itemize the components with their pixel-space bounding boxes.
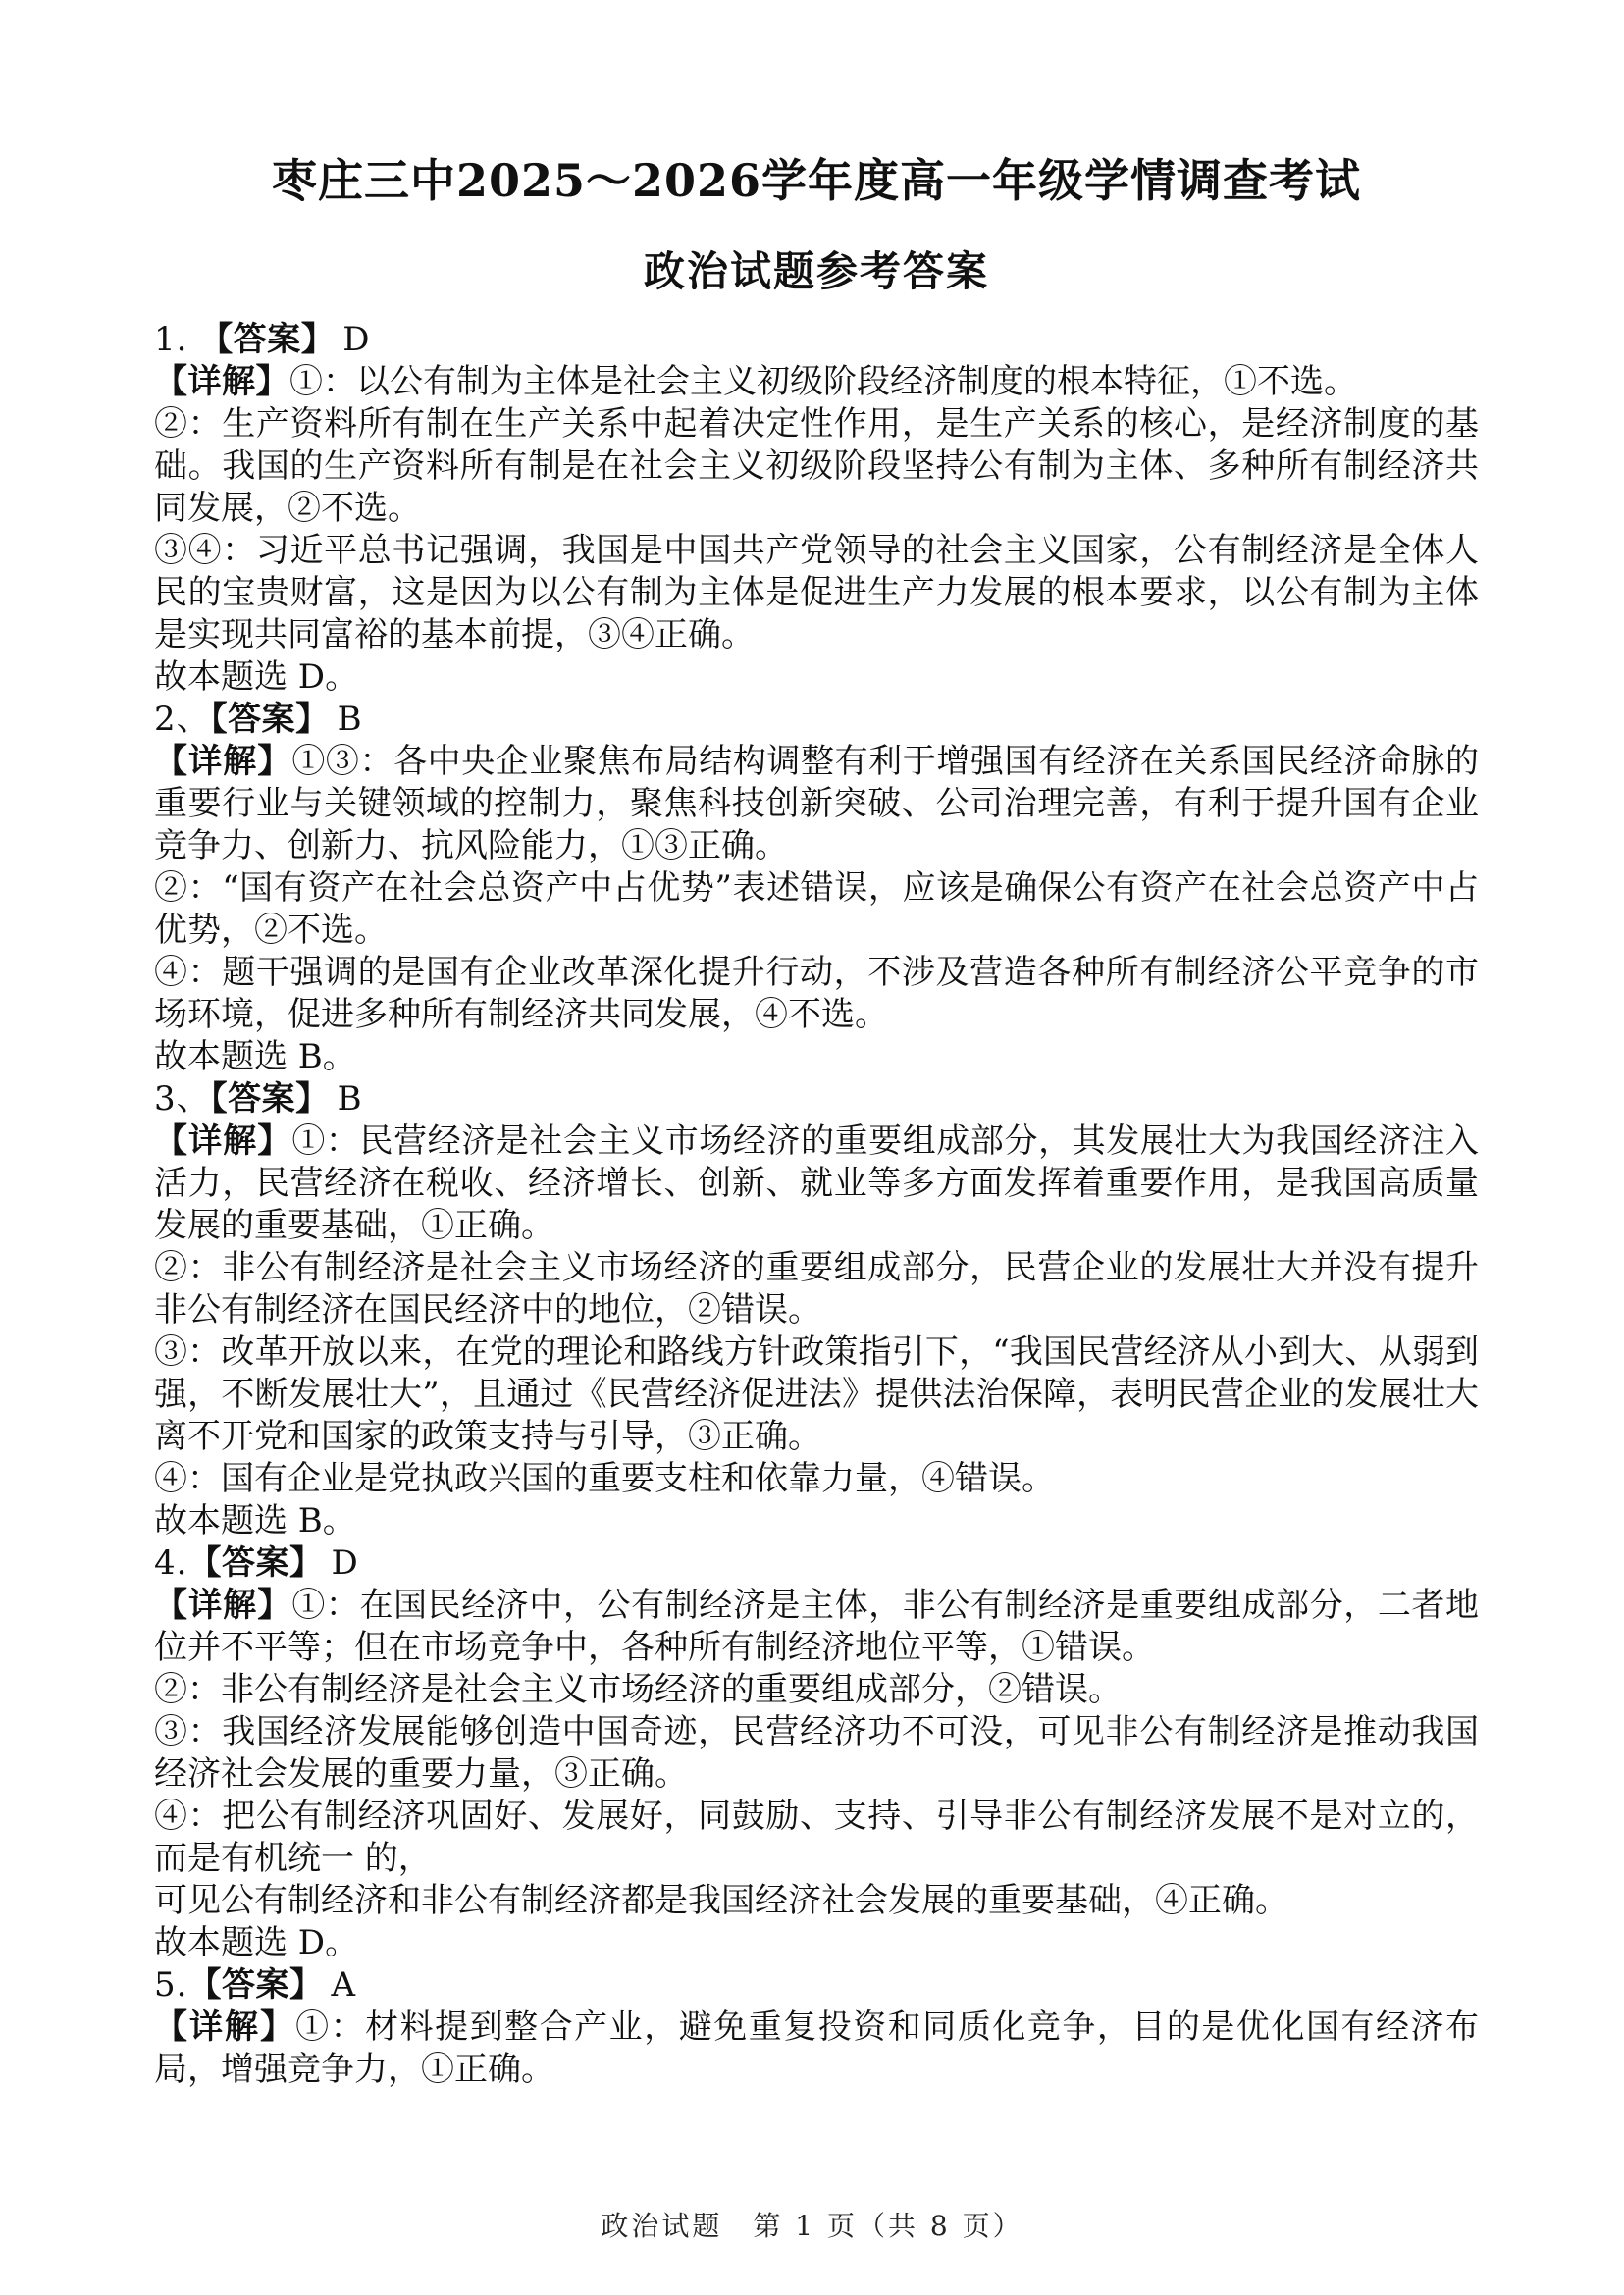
answer-letter: B <box>338 700 362 739</box>
detail-paragraph: 【详解】①：在国民经济中，公有制经济是主体，非公有制经济是重要组成部分，二者地位… <box>154 1585 1479 1669</box>
answer-item-5: 5.【答案】A 【详解】①：材料提到整合产业，避免重复投资和同质化竞争，目的是优… <box>154 1964 1479 2091</box>
answer-letter: D <box>342 320 369 359</box>
answer-line: 3、【答案】B <box>154 1078 1479 1121</box>
answer-letter: B <box>338 1079 362 1119</box>
detail-paragraph: 【详解】①③：各中央企业聚焦布局结构调整有利于增强国有经济在关系国民经济命脉的重… <box>154 741 1479 867</box>
detail-paragraph: ②：非公有制经济是社会主义市场经济的重要组成部分，②错误。 <box>154 1669 1479 1711</box>
question-number: 3、 <box>154 1079 211 1119</box>
detail-paragraph: ③④：习近平总书记强调，我国是中国共产党领导的社会主义国家，公有制经济是全体人民… <box>154 530 1479 656</box>
answer-line: 5.【答案】A <box>154 1964 1479 2007</box>
detail-paragraph: 可见公有制经济和非公有制经济都是我国经济社会发展的重要基础，④正确。 <box>154 1880 1479 1922</box>
detail-paragraph: ②：“国有资产在社会总资产中占优势”表述错误，应该是确保公有资产在社会总资产中占… <box>154 867 1479 952</box>
detail-paragraph: 【详解】①：民营经济是社会主义市场经济的重要组成部分，其发展壮大为我国经济注入活… <box>154 1121 1479 1247</box>
detail-label: 【详解】 <box>154 742 291 781</box>
detail-paragraph: 【详解】①：以公有制为主体是社会主义初级阶段经济制度的根本特征，①不选。 <box>154 361 1479 403</box>
detail-paragraph: ④：国有企业是党执政兴国的重要支柱和依靠力量，④错误。 <box>154 1458 1479 1500</box>
question-number: 2、 <box>154 700 211 739</box>
answer-line: 1. 【答案】D <box>154 319 1479 361</box>
answers-content: 1. 【答案】D 【详解】①：以公有制为主体是社会主义初级阶段经济制度的根本特征… <box>154 319 1479 2091</box>
answer-item-4: 4.【答案】D 【详解】①：在国民经济中，公有制经济是主体，非公有制经济是重要组… <box>154 1542 1479 1964</box>
detail-label: 【详解】 <box>154 2008 295 2047</box>
detail-label: 【详解】 <box>154 362 289 401</box>
page-title: 枣庄三中2025～2026学年度高一年级学情调查考试 <box>154 155 1479 207</box>
detail-label: 【详解】 <box>154 1586 291 1625</box>
detail-text: ①③：各中央企业聚焦布局结构调整有利于增强国有经济在关系国民经济命脉的重要行业与… <box>154 742 1479 865</box>
conclusion-line: 故本题选 B。 <box>154 1036 1479 1078</box>
question-number: 1. <box>154 320 199 359</box>
detail-text: ①：民营经济是社会主义市场经济的重要组成部分，其发展壮大为我国经济注入活力，民营… <box>154 1121 1479 1245</box>
answer-line: 2、【答案】B <box>154 699 1479 741</box>
conclusion-line: 故本题选 D。 <box>154 1922 1479 1964</box>
detail-paragraph: ④：题干强调的是国有企业改革深化提升行动，不涉及营造各种所有制经济公平竞争的市场… <box>154 952 1479 1036</box>
detail-text: ①：以公有制为主体是社会主义初级阶段经济制度的根本特征，①不选。 <box>289 362 1357 401</box>
detail-paragraph: ②：生产资料所有制在生产关系中起着决定性作用，是生产关系的核心，是经济制度的基础… <box>154 403 1479 530</box>
answer-item-1: 1. 【答案】D 【详解】①：以公有制为主体是社会主义初级阶段经济制度的根本特征… <box>154 319 1479 699</box>
page-subtitle: 政治试题参考答案 <box>154 248 1479 295</box>
answer-line: 4.【答案】D <box>154 1542 1479 1585</box>
conclusion-line: 故本题选 D。 <box>154 656 1479 699</box>
detail-paragraph: ③：改革开放以来，在党的理论和路线方针政策指引下，“我国民营经济从小到大、从弱到… <box>154 1331 1479 1458</box>
answer-label: 【答案】 <box>211 700 330 739</box>
page-footer: 政治试题 第 1 页（共 8 页） <box>0 2205 1624 2244</box>
question-number: 4. <box>154 1543 187 1583</box>
answer-item-2: 2、【答案】B 【详解】①③：各中央企业聚焦布局结构调整有利于增强国有经济在关系… <box>154 699 1479 1078</box>
detail-paragraph: ②：非公有制经济是社会主义市场经济的重要组成部分，民营企业的发展壮大并没有提升非… <box>154 1247 1479 1331</box>
answer-label: 【答案】 <box>199 320 335 359</box>
answer-item-3: 3、【答案】B 【详解】①：民营经济是社会主义市场经济的重要组成部分，其发展壮大… <box>154 1078 1479 1542</box>
answer-label: 【答案】 <box>211 1079 330 1119</box>
detail-label: 【详解】 <box>154 1121 291 1161</box>
answer-letter: A <box>331 1965 355 2005</box>
detail-paragraph: 【详解】①：材料提到整合产业，避免重复投资和同质化竞争，目的是优化国有经济布局，… <box>154 2007 1479 2091</box>
footer-text: 政治试题 第 1 页（共 8 页） <box>601 2210 1022 2242</box>
answer-label: 【答案】 <box>187 1543 323 1583</box>
detail-text: ①：在国民经济中，公有制经济是主体，非公有制经济是重要组成部分，二者地位并不平等… <box>154 1586 1479 1667</box>
detail-paragraph: ④：把公有制经济巩固好、发展好，同鼓励、支持、引导非公有制经济发展不是对立的，而… <box>154 1796 1479 1880</box>
question-number: 5. <box>154 1965 187 2005</box>
document-page: 枣庄三中2025～2026学年度高一年级学情调查考试 政治试题参考答案 1. 【… <box>0 0 1624 2295</box>
answer-label: 【答案】 <box>187 1965 323 2005</box>
answer-letter: D <box>331 1543 357 1583</box>
detail-paragraph: ③：我国经济发展能够创造中国奇迹，民营经济功不可没，可见非公有制经济是推动我国经… <box>154 1711 1479 1796</box>
conclusion-line: 故本题选 B。 <box>154 1500 1479 1542</box>
detail-text: ①：材料提到整合产业，避免重复投资和同质化竞争，目的是优化国有经济布局，增强竞争… <box>154 2008 1479 2089</box>
